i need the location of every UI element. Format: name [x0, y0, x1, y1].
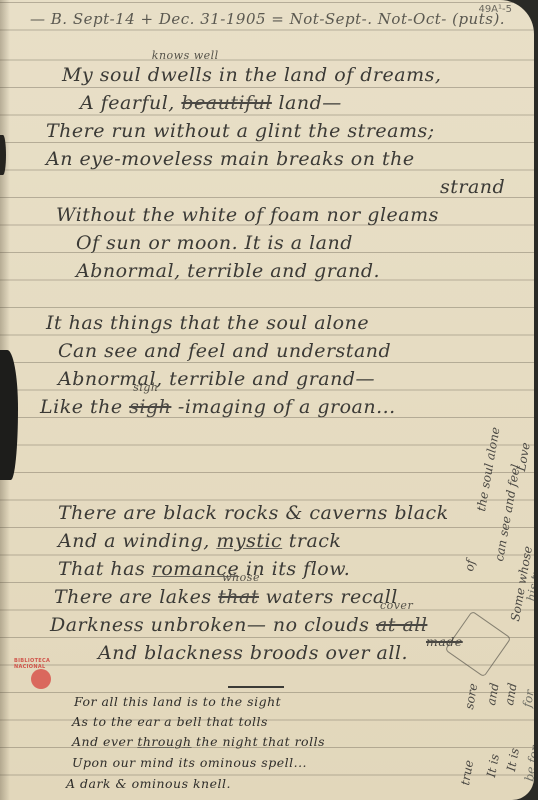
stanza2-line2: Can see and feel and understand: [58, 340, 391, 362]
text: Darkness unbroken— no clouds: [50, 614, 376, 636]
text: the night that rolls: [192, 734, 325, 749]
stanza3-line3: That has romance in its flow.: [58, 558, 350, 580]
inserted-text: cover: [380, 599, 413, 612]
inserted-text: whose: [222, 571, 260, 584]
text: -imaging of a groan...: [171, 396, 395, 418]
stanza4-line2: As to the ear a bell that tolls: [72, 714, 268, 729]
stanza1-line5: Without the white of foam nor gleams: [56, 204, 439, 226]
stanza4-line3: And ever through the night that rolls: [72, 734, 325, 749]
struck-word: at all: [376, 614, 427, 636]
torn-edge: [0, 350, 18, 480]
stanza1-line4-continued: strand: [440, 176, 505, 198]
header-note: — B. Sept-14 + Dec. 31-1905 = Not-Sept-.…: [30, 10, 505, 28]
underlined-word: through: [137, 734, 191, 749]
margin-note-10: for: [520, 689, 534, 709]
stanza3-line1: There are black rocks & caverns black: [58, 502, 449, 524]
stanza1-line4: An eye-moveless main breaks on the: [46, 148, 415, 170]
stanza1-line2: A fearful, beautiful land—: [80, 92, 342, 114]
text: track: [282, 530, 341, 552]
inserted-text: sigh: [133, 381, 158, 394]
library-stamp: BIBLIOTECA NACIONAL: [14, 658, 64, 698]
manuscript-page: — B. Sept-14 + Dec. 31-1905 = Not-Sept-.…: [0, 0, 534, 800]
stanza3-line4: There are lakes thatwhose waters recall: [54, 586, 398, 608]
stanza2-line1: It has things that the soul alone: [46, 312, 369, 334]
text: That has: [58, 558, 152, 580]
stanza3-line5: Darkness unbroken— no clouds at allcover: [50, 614, 427, 636]
text: Like the: [40, 396, 129, 418]
underlined-word: mystic: [216, 530, 282, 552]
folio-number: 49A¹-5: [478, 4, 512, 15]
margin-note-2: of: [462, 559, 478, 573]
stanza1-line3: There run without a glint the streams;: [46, 120, 435, 142]
original-word: dwells: [148, 64, 213, 86]
section-divider: [228, 686, 284, 688]
struck-word: beautiful: [181, 92, 272, 114]
insertion-group: sighsigh: [129, 396, 171, 418]
stanza2-line4: Like the sighsigh -imaging of a groan...: [40, 396, 396, 418]
insertion-group: dwellsknows well: [148, 64, 213, 86]
stanza4-line4: Upon our mind its ominous spell...: [72, 755, 307, 770]
stanza3-line2: And a winding, mystic track: [58, 530, 341, 552]
insertion-group: at allcover: [376, 614, 427, 636]
stanza1-line7: Abnormal, terrible and grand.: [76, 260, 380, 282]
text: And a winding,: [58, 530, 216, 552]
stanza1-line6: Of sun or moon. It is a land: [76, 232, 353, 254]
text: waters recall: [259, 586, 398, 608]
inserted-text: knows well: [152, 49, 219, 62]
stamp-seal: [31, 669, 51, 689]
stanza3-line6: And blackness broods over all.: [98, 642, 408, 664]
text: And ever: [72, 734, 137, 749]
insertion-group: thatwhose: [218, 586, 259, 608]
stanza4-line1: For all this land is to the sight: [74, 694, 281, 709]
struck-word: sigh: [129, 396, 171, 418]
text: There are lakes: [54, 586, 218, 608]
stanza2-line3: Abnormal, terrible and grand—: [58, 368, 375, 390]
text: in the land of dreams,: [212, 64, 441, 86]
text: A fearful,: [80, 92, 181, 114]
struck-word: that: [218, 586, 259, 608]
text: land—: [272, 92, 342, 114]
stanza1-line1: My soul dwellsknows well in the land of …: [62, 64, 441, 86]
torn-edge-small: [0, 135, 6, 175]
text: My soul: [62, 64, 148, 86]
stanza4-line5: A dark & ominous knell.: [66, 776, 231, 791]
